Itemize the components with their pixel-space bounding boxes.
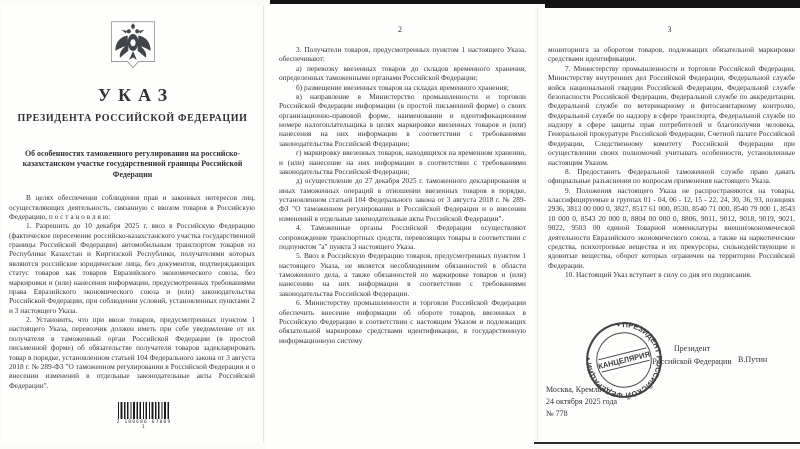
paragraph: б) размещение ввезенных товаров на склад… (279, 83, 526, 92)
decree-page-3: 3 мониторинга за оборотом товаров, подле… (537, 8, 800, 442)
paragraph: г) маркировку ввезенных товаров, находящ… (279, 148, 526, 176)
decree-footer: Москва, Кремль 24 октября 2025 года № 77… (546, 384, 617, 420)
page1-body: В целях обеспечения соблюдения прав и за… (9, 193, 255, 390)
paragraph: 10. Настоящий Указ вступает в силу со дн… (548, 270, 795, 279)
paragraph: 4. Таможенные органы Российской Федераци… (279, 223, 526, 251)
decree-page-1: УКАЗ ПРЕЗИДЕНТА РОССИЙСКОЙ ФЕДЕРАЦИИ Об … (2, 6, 264, 443)
paragraph: 6. Министерству промышленности и торговл… (279, 298, 526, 345)
decree-scan-canvas: УКАЗ ПРЕЗИДЕНТА РОССИЙСКОЙ ФЕДЕРАЦИИ Об … (0, 0, 800, 449)
decree-page-2: 2 3. Получатели товаров, предусмотренных… (266, 4, 534, 449)
paragraph: 7. Министерству промышленности и торговл… (548, 64, 795, 167)
page3-bottom-edge (530, 442, 800, 444)
barcode-stripes-icon (118, 402, 170, 419)
footer-number: № 778 (546, 408, 617, 420)
paragraph: 3. Получатели товаров, предусмотренных п… (279, 45, 526, 64)
page2-body: 3. Получатели товаров, предусмотренных п… (279, 45, 526, 345)
decree-type-label: УКАЗ (2, 85, 263, 106)
decree-issuer-label: ПРЕЗИДЕНТА РОССИЙСКОЙ ФЕДЕРАЦИИ (2, 113, 263, 124)
paragraph: 9. Положения настоящего Указа не распрос… (548, 186, 795, 270)
page3-body: мониторинга за оборотом товаров, подлежа… (548, 45, 795, 279)
footer-place: Москва, Кремль (546, 384, 617, 396)
paragraph: а) перевозку ввезенных товаров до складо… (279, 64, 526, 83)
paragraph: 8. Предоставить Федеральной таможенной с… (548, 167, 795, 186)
footer-date: 24 октября 2025 года (546, 396, 617, 408)
page3-top-edge (545, 0, 800, 8)
page-number: 3 (538, 25, 800, 34)
paragraph: д) осуществление до 27 декабря 2025 г. т… (279, 176, 526, 223)
signature-role-line1: Президент (616, 342, 768, 355)
paragraph: 2. Установить, что при ввозе товаров, пр… (9, 315, 255, 390)
barcode-digits: 2 100686 67009 1 (116, 420, 172, 430)
coat-of-arms-icon (110, 20, 156, 74)
paragraph: 5. Ввоз в Российскую Федерацию товаров, … (279, 251, 526, 298)
page-number: 2 (266, 25, 534, 34)
signature-name: В.Путин (738, 355, 767, 364)
paragraph: мониторинга за оборотом товаров, подлежа… (548, 45, 795, 64)
decree-title: Об особенностях таможенного регулировани… (23, 149, 243, 180)
paragraph: В целях обеспечения соблюдения прав и за… (9, 193, 255, 221)
paragraph: 1. Разрешить до 10 декабря 2025 г. ввоз … (9, 221, 255, 315)
paragraph: в) направление в Министерство промышленн… (279, 92, 526, 148)
publication-barcode: 2 100686 67009 1 (116, 402, 172, 430)
